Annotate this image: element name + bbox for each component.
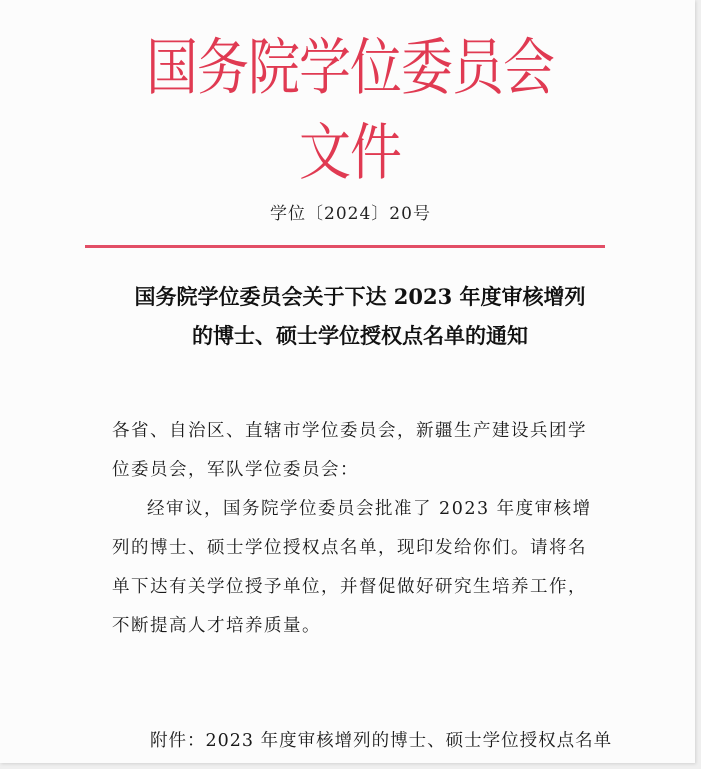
title-line-2: 的博士、硕士学位授权点名单的通知 xyxy=(80,316,640,355)
addressee-paragraph: 各省、自治区、直辖市学位委员会，新疆生产建设兵团学位委员会，军队学位委员会： xyxy=(112,412,602,490)
document-title: 国务院学位委员会关于下达 2023 年度审核增列 的博士、硕士学位授权点名单的通… xyxy=(80,277,640,355)
body-paragraph: 经审议，国务院学位委员会批准了 2023 年度审核增列的博士、硕士学位授权点名单… xyxy=(112,490,602,646)
document-page: 国务院学位委员会文件 学位〔2024〕20号 国务院学位委员会关于下达 2023… xyxy=(0,0,695,763)
attachment-line: 附件：2023 年度审核增列的博士、硕士学位授权点名单 xyxy=(150,727,612,752)
document-number: 学位〔2024〕20号 xyxy=(0,199,701,224)
document-body: 各省、自治区、直辖市学位委员会，新疆生产建设兵团学位委员会，军队学位委员会： 经… xyxy=(112,412,602,646)
red-divider-rule xyxy=(85,245,605,248)
document-masthead: 国务院学位委员会文件 xyxy=(140,26,560,196)
title-line-1: 国务院学位委员会关于下达 2023 年度审核增列 xyxy=(80,277,640,316)
